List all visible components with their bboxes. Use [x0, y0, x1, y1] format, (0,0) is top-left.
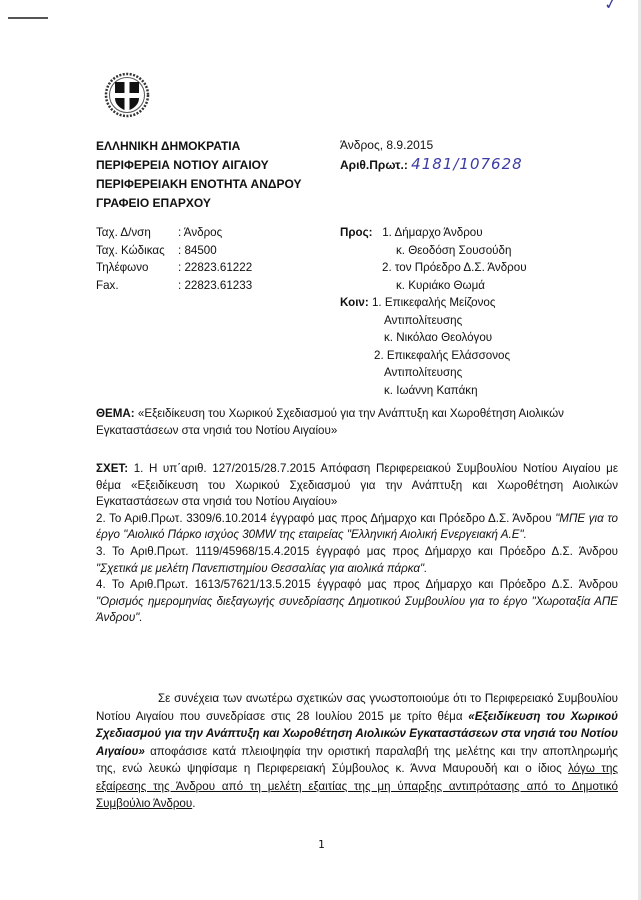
page-number: 1: [318, 838, 325, 851]
contact-row: Ταχ. Κώδικας: 84500: [96, 242, 252, 260]
subject-label: ΘΕΜΑ:: [96, 407, 135, 420]
contact-value: : 84500: [178, 242, 217, 260]
contact-label: Fax.: [96, 277, 178, 295]
contact-value: : 22823.61222: [178, 259, 252, 277]
contact-row: Τηλέφωνο: 22823.61222: [96, 259, 252, 277]
issuer-line: ΠΕΡΙΦΕΡΕΙΑ ΝΟΤΙΟΥ ΑΙΓΑΙΟΥ: [96, 156, 302, 175]
contact-value: : Άνδρος: [178, 224, 222, 242]
place-date: Άνδρος, 8.9.2015: [340, 136, 523, 155]
recipients-block: Προς: 1. Δήμαρχο Άνδρου κ. Θεοδόση Σουσο…: [340, 224, 527, 399]
reference-item: 4. Το Αριθ.Πρωτ. 1613/57621/13.5.2015 έγ…: [96, 578, 618, 591]
date-protocol-block: Άνδρος, 8.9.2015 Αριθ.Πρωτ.: 4181/107628: [340, 136, 523, 175]
scan-mark: [8, 17, 48, 19]
protocol-label: Αριθ.Πρωτ.:: [340, 158, 408, 172]
contact-label: Τηλέφωνο: [96, 259, 178, 277]
cc-line: κ. Νικόλαο Θεολόγου: [340, 329, 527, 347]
cc-line: Αντιπολίτευσης: [340, 364, 527, 382]
issuer-line: ΠΕΡΙΦΕΡΕΙΑΚΗ ΕΝΟΤΗΤΑ ΑΝΔΡΟΥ: [96, 175, 302, 194]
to-label: Προς:: [340, 226, 373, 239]
issuer-line: ΕΛΛΗΝΙΚΗ ΔΗΜΟΚΡΑΤΙΑ: [96, 137, 302, 156]
references: ΣΧΕΤ: 1. Η υπ΄αριθ. 127/2015/28.7.2015 Α…: [96, 461, 618, 627]
recipient-line: 1. Δήμαρχο Άνδρου: [382, 226, 482, 239]
protocol-number-handwritten: 4181/107628: [411, 155, 523, 173]
cc-line: 2. Επικεφαλής Ελάσσονος: [340, 347, 527, 365]
issuer-header: ΕΛΛΗΝΙΚΗ ΔΗΜΟΚΡΑΤΙΑ ΠΕΡΙΦΕΡΕΙΑ ΝΟΤΙΟΥ ΑΙ…: [96, 137, 302, 213]
references-label: ΣΧΕΤ:: [96, 462, 128, 475]
contact-label: Ταχ. Δ/νση: [96, 224, 178, 242]
cc-line: 1. Επικεφαλής Μείζονος: [372, 296, 495, 309]
contact-row: Fax.: 22823.61233: [96, 277, 252, 295]
reference-item: 2. Το Αριθ.Πρωτ. 3309/6.10.2014 έγγραφό …: [96, 512, 555, 525]
body-text: αποφάσισε κατά πλειοψηφία την οριστική π…: [96, 745, 618, 776]
recipient-line: κ. Κυριάκο Θωμά: [340, 277, 527, 295]
contact-info: Ταχ. Δ/νση: Άνδρος Ταχ. Κώδικας: 84500 Τ…: [96, 224, 252, 294]
cc-line: Αντιπολίτευσης: [340, 312, 527, 330]
issuer-line: ΓΡΑΦΕΙΟ ΕΠΑΡΧΟΥ: [96, 194, 302, 213]
reference-item-title: "Σχετικά με μελέτη Πανεπιστημίου Θεσσαλί…: [96, 562, 427, 575]
reference-item: 1. Η υπ΄αριθ. 127/2015/28.7.2015 Απόφαση…: [96, 462, 618, 508]
handwritten-check-icon: ✓: [602, 0, 619, 15]
coat-of-arms-icon: [104, 72, 150, 118]
body-text: .: [192, 797, 195, 810]
reference-item: 3. Το Αριθ.Πρωτ. 1119/45968/15.4.2015 έγ…: [96, 545, 618, 558]
contact-label: Ταχ. Κώδικας: [96, 242, 178, 260]
contact-value: : 22823.61233: [178, 277, 252, 295]
reference-item-title: "Ορισμός ημερομηνίας διεξαγωγής συνεδρία…: [96, 595, 618, 625]
body-paragraph: Σε συνέχεια των ανωτέρω σχετικών σας γνω…: [96, 690, 618, 813]
subject-text: «Εξειδίκευση του Χωρικού Σχεδιασμού για …: [96, 407, 564, 437]
cc-label: Κοιν:: [340, 296, 369, 309]
contact-row: Ταχ. Δ/νση: Άνδρος: [96, 224, 252, 242]
recipient-line: κ. Θεοδόση Σουσούδη: [340, 242, 527, 260]
recipient-line: 2. τον Πρόεδρο Δ.Σ. Άνδρου: [340, 259, 527, 277]
subject: ΘΕΜΑ: «Εξειδίκευση του Χωρικού Σχεδιασμο…: [96, 405, 616, 439]
cc-line: κ. Ιωάννη Καπάκη: [340, 382, 527, 400]
